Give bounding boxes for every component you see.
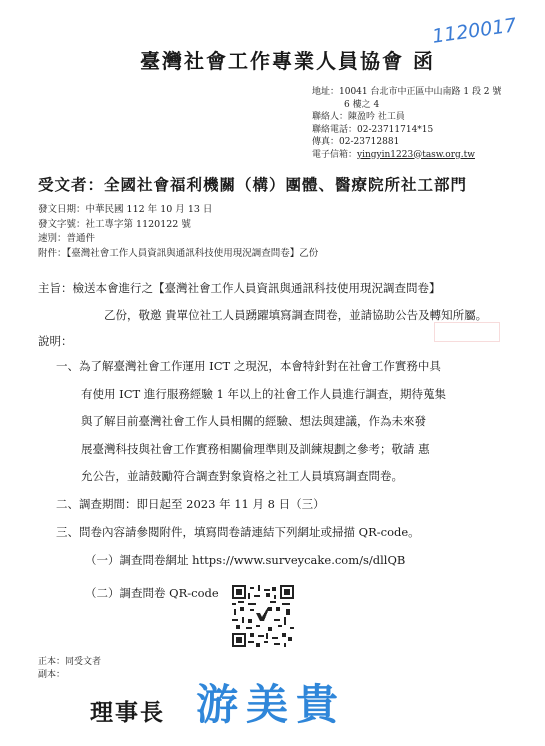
chairperson-title: 理事長 [90,694,165,727]
item1-line-2: 有使用 ICT 進行服務經驗 1 年以上的社會工作人員進行調查，期待蒐集 [56,381,446,409]
faint-received-stamp [434,322,500,342]
item1-line-1: 一、為了解臺灣社會工作運用 ICT 之現況，本會特針對在社會工作實務中具 [56,353,446,381]
survey-url-line[interactable]: （一）調查問卷網址 https://www.surveycake.com/s/d… [85,552,405,568]
handwritten-receipt-number: 1120017 [431,14,518,48]
email-link[interactable]: yingyin1223@tasw.org.tw [357,150,475,160]
contact-block: 地址：10041 台北市中正區中山南路 1 段 2 號 6 樓之 4 聯絡人：陳… [312,86,501,161]
item1-line-4: 展臺灣科技與社會工作實務相關倫理準則及訓練規劃之參考；敬請 惠 [56,436,446,464]
original-recipient: 正本：同受文者 [38,656,101,669]
subject: 主旨：檢送本會進行之【臺灣社會工作人員資訊與通訊科技使用現況調查問卷】 乙份，敬… [38,275,487,329]
qr-code-icon[interactable] [232,585,294,647]
explanation-label: 說明： [38,333,73,349]
subject-line-1: 主旨：檢送本會進行之【臺灣社會工作人員資訊與通訊科技使用現況調查問卷】 [38,275,487,302]
priority: 速別：普通件 [38,232,318,247]
chairperson-name-seal: 游美貴 [196,672,346,732]
address-line-1: 地址：10041 台北市中正區中山南路 1 段 2 號 [312,86,501,99]
document-title: 臺灣社會工作專業人員協會 函 [140,45,435,74]
recipient: 受文者：全國社會福利機關（構）團體、醫療院所社工部門 [38,173,467,195]
survey-qr-label: （二）調查問卷 QR-code [85,585,219,601]
document-meta: 發文日期：中華民國 112 年 10 月 13 日 發文字號：社工專字第 112… [38,203,318,261]
issue-date: 發文日期：中華民國 112 年 10 月 13 日 [38,203,318,218]
contact-email-row: 電子信箱：yingyin1223@tasw.org.tw [312,149,501,162]
item1-line-3: 與了解目前臺灣社會工作人員相關的經驗、想法與建議，作為未來發 [56,408,446,436]
contact-person: 聯絡人：陳盈吟 社工員 [312,111,501,124]
copy-recipient: 副本： [38,669,101,682]
explanation-item-2: 二、調查期間：即日起至 2023 年 11 月 8 日（三） [56,496,325,512]
explanation-item-3: 三、問卷內容請參閱附件，填寫問卷請連結下列網址或掃描 QR-code。 [56,524,420,540]
contact-fax: 傳真：02-23712881 [312,136,501,149]
contact-phone: 聯絡電話：02-23711714*15 [312,124,501,137]
distribution-list: 正本：同受文者 副本： [38,656,101,682]
explanation-item-1: 一、為了解臺灣社會工作運用 ICT 之現況，本會特針對在社會工作實務中具 有使用… [56,353,446,491]
issue-number: 發文字號：社工專字第 1120122 號 [38,218,318,233]
subject-line-2: 乙份，敬邀 貴單位社工人員踴躍填寫調查問卷，並請協助公告及轉知所屬。 [38,302,487,329]
attachment: 附件：【臺灣社會工作人員資訊與通訊科技使用現況調查問卷】乙份 [38,247,318,262]
item1-line-5: 允公告，並請鼓勵符合調查對象資格之社工人員填寫調查問卷。 [56,463,446,491]
address-line-2: 6 樓之 4 [312,99,501,112]
email-label: 電子信箱： [312,150,357,160]
